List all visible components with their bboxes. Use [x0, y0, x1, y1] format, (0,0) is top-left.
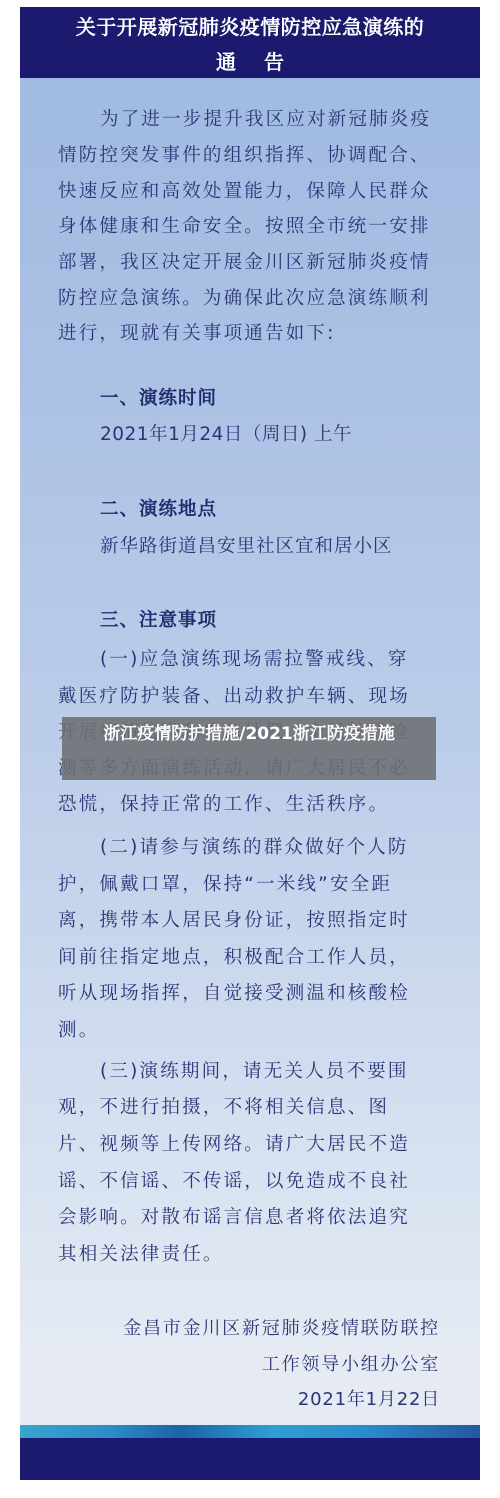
caption-text: 浙江疫情防护措施/2021浙江防疫措施	[103, 724, 395, 744]
intro-line: 身体健康和生命安全。按照全市统一安排	[58, 212, 442, 238]
intro-line: 防控应急演练。为确保此次应急演练顺利	[58, 284, 442, 310]
notice-title-sub: 通告	[20, 46, 480, 75]
item3-line: 会影响。对散布谣言信息者将依法追究	[58, 1203, 442, 1229]
signature-org-sub: 工作领导小组办公室	[100, 1350, 440, 1376]
intro-line: 快速反应和高效处置能力，保障人民群众	[58, 177, 442, 203]
signature-date: 2021年1月22日	[100, 1385, 440, 1411]
item3-line: 其相关法律责任。	[58, 1240, 442, 1266]
item3-line: 观，不进行拍摄，不将相关信息、图	[58, 1093, 442, 1119]
footer-stripe	[20, 1425, 480, 1438]
intro-line: 部署，我区决定开展金川区新冠肺炎疫情	[58, 248, 442, 274]
section-heading-location: 二、演练地点	[100, 495, 480, 521]
item2-line: 离，携带本人居民身份证，按照指定时	[58, 906, 442, 932]
caption-overlay: 浙江疫情防护措施/2021浙江防疫措施	[62, 717, 436, 780]
drill-location: 新华路街道昌安里社区宜和居小区	[100, 532, 480, 558]
item2-line: (二)请参与演练的群众做好个人防	[100, 833, 480, 859]
drill-time: 2021年1月24日（周日) 上午	[100, 420, 480, 446]
item2-line: 听从现场指挥，自觉接受测温和核酸检	[58, 979, 442, 1005]
signature-org: 金昌市金川区新冠肺炎疫情联防联控	[100, 1314, 440, 1340]
item2-line: 测。	[58, 1016, 442, 1042]
item2-line: 间前往指定地点，积极配合工作人员，	[58, 943, 442, 969]
item3-line: 谣、不信谣、不传谣，以免造成不良社	[58, 1167, 442, 1193]
item1-line: 戴医疗防护装备、出动救护车辆、现场	[58, 682, 442, 708]
footer-bar	[20, 1438, 480, 1480]
section-heading-time: 一、演练时间	[100, 384, 480, 410]
item1-line: (一)应急演练现场需拉警戒线、穿	[100, 645, 480, 671]
intro-line: 情防控突发事件的组织指挥、协调配合、	[58, 141, 442, 167]
intro-line: 为了进一步提升我区应对新冠肺炎疫	[100, 105, 480, 131]
section-heading-notes: 三、注意事项	[100, 606, 480, 632]
item3-line: (三)演练期间，请无关人员不要围	[100, 1057, 480, 1083]
item3-line: 片、视频等上传网络。请广大居民不造	[58, 1130, 442, 1156]
notice-header: 关于开展新冠肺炎疫情防控应急演练的 通告	[20, 7, 480, 78]
item1-line: 恐慌，保持正常的工作、生活秩序。	[58, 790, 442, 816]
intro-line: 进行，现就有关事项通告如下:	[58, 319, 442, 345]
item2-line: 护，佩戴口罩，保持“一米线”安全距	[58, 870, 442, 896]
notice-title: 关于开展新冠肺炎疫情防控应急演练的	[20, 11, 480, 40]
